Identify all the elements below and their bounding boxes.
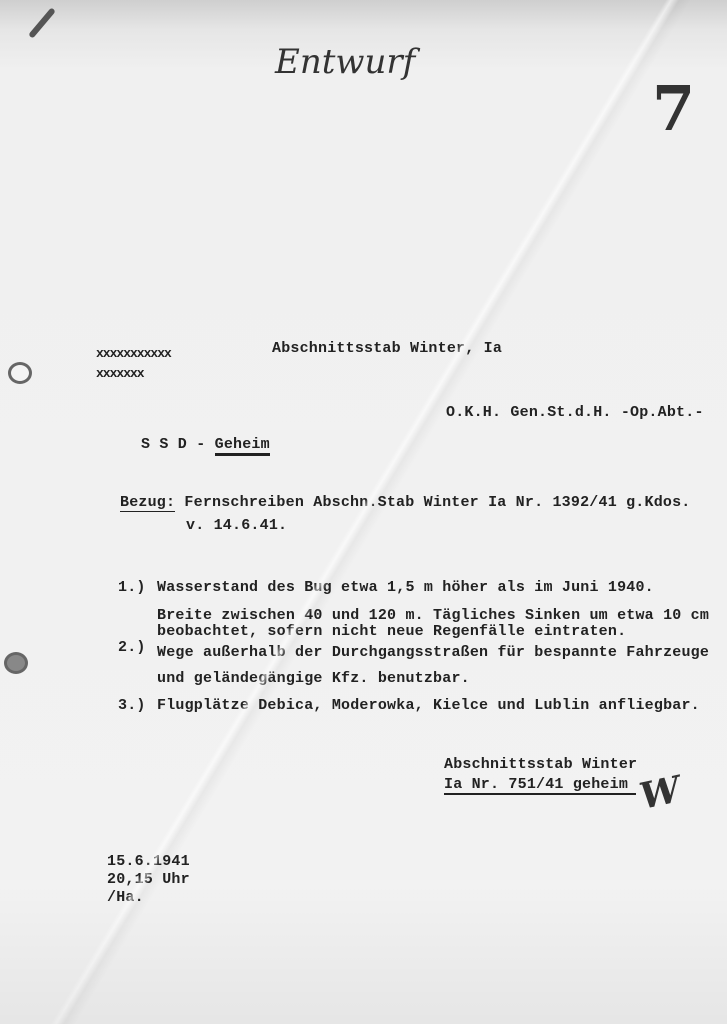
- item-3-line-1: Flugplätze Debica, Moderowka, Kielce und…: [157, 697, 700, 714]
- handwritten-number: 7: [652, 72, 695, 145]
- paper-shade: [0, 884, 727, 1024]
- reference-label: Bezug:: [120, 494, 175, 512]
- signature-line-2: Ia Nr. 751/41 geheim: [444, 776, 636, 795]
- pin-mark: [28, 7, 56, 38]
- reference-line-1: Bezug: Fernschreiben Abschn.Stab Winter …: [120, 494, 691, 511]
- classification-prefix: S S D -: [141, 436, 215, 453]
- item-1-number: 1.): [118, 579, 146, 596]
- footer-date: 15.6.1941: [107, 853, 190, 870]
- sender: Abschnittsstab Winter, Ia: [272, 340, 502, 357]
- signature-initials: W: [636, 768, 684, 817]
- item-3-number: 3.): [118, 697, 146, 714]
- item-1-line-2: Breite zwischen 40 und 120 m. Tägliches …: [157, 607, 709, 624]
- classification: Geheim: [215, 436, 270, 456]
- struck-line-2: xxxxxxx: [96, 366, 144, 381]
- reference-text: Fernschreiben Abschn.Stab Winter Ia Nr. …: [184, 494, 690, 511]
- item-2-number: 2.): [118, 639, 146, 656]
- item-2-line-2: und geländegängige Kfz. benutzbar.: [157, 670, 470, 687]
- reference-line-2: v. 14.6.41.: [186, 517, 287, 534]
- item-2-line-1: Wege außerhalb der Durchgangsstraßen für…: [157, 644, 709, 661]
- classification-line: S S D - Geheim: [141, 436, 270, 453]
- item-1-line-1: Wasserstand des Bug etwa 1,5 m höher als…: [157, 579, 654, 596]
- document-page: Entwurf 7 xxxxxxxxxxx xxxxxxx Abschnitts…: [0, 0, 727, 1024]
- handwritten-note: Entwurf: [275, 42, 415, 82]
- recipient: O.K.H. Gen.St.d.H. -Op.Abt.-: [446, 404, 704, 421]
- punch-hole-top: [8, 362, 32, 384]
- punch-hole-bottom: [4, 652, 28, 674]
- signature-line-1: Abschnittsstab Winter: [444, 756, 637, 773]
- item-1-line-3: beobachtet, sofern nicht neue Regenfälle…: [157, 623, 626, 640]
- struck-line-1: xxxxxxxxxxx: [96, 346, 171, 361]
